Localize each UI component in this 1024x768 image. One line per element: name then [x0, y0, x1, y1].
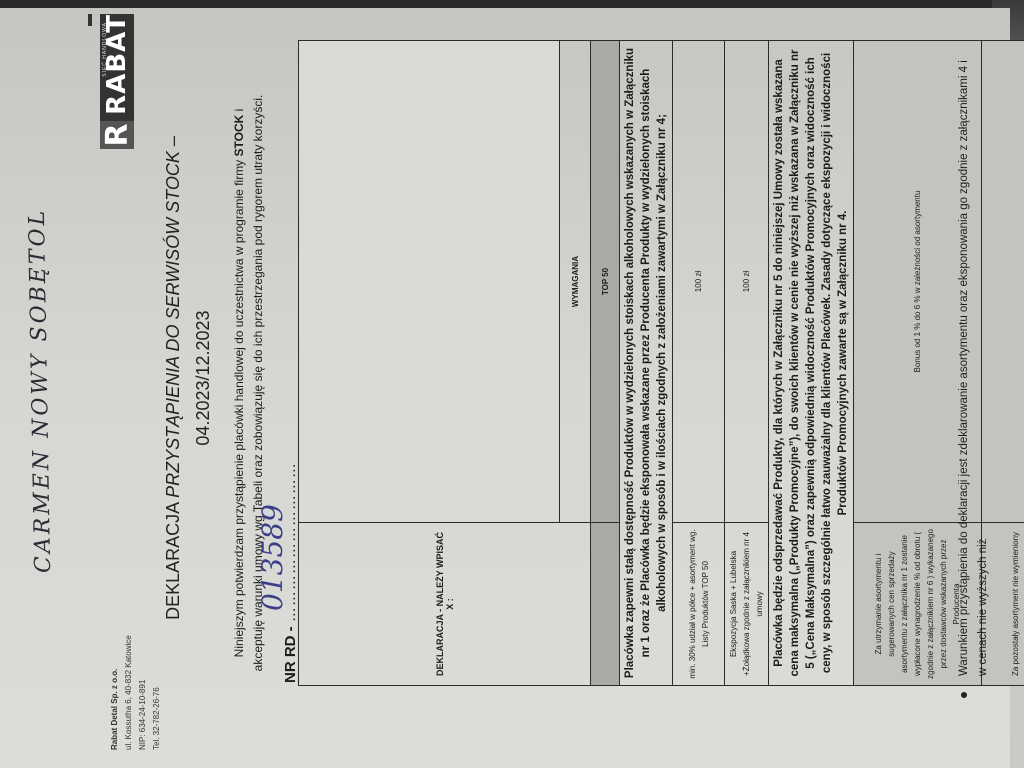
top50-value-2: 100 zł — [725, 41, 769, 523]
company-info: Rabat Detal Sp. z o.o. ul. Kossutha 6, 4… — [108, 635, 164, 750]
intro-text-1: Niniejszym potwierdzam przystąpienie pla… — [232, 156, 246, 657]
title-italic: PRZYSTĄPIENIA DO SERWISÓW STOCK — [163, 151, 183, 498]
logo-letter: R — [100, 121, 134, 149]
declaration-mark-cell[interactable] — [299, 41, 560, 523]
document-title: DEKLARACJA PRZYSTĄPIENIA DO SERWISÓW STO… — [158, 118, 218, 638]
company-address: ul. Kossutha 6, 40-832 Katowice — [122, 635, 136, 750]
declaration-header: DEKLARACJA - NALEŻY WPISAĆ X : — [299, 523, 591, 686]
top50-section-header: TOP 50 — [591, 41, 620, 523]
top50-left-cell — [591, 523, 620, 686]
footer-bullet-text: Warunkiem przystąpienia do deklaracji je… — [958, 60, 989, 676]
top50-value-1: 100 zł — [673, 41, 725, 523]
company-nip: NIP: 634-24-10-891 — [136, 635, 150, 750]
top50-requirement-1: min. 30% udział w półce + asortyment wg.… — [673, 523, 725, 686]
footer-bullet: Warunkiem przystąpienia do deklaracji je… — [955, 56, 993, 676]
top50-requirement-2: Ekspozycja Saska + Lubelska +Żołądkowa z… — [725, 523, 769, 686]
company-phone: Tel. 32-782-26-76 — [150, 635, 164, 750]
declaration-table: DEKLARACJA - NALEŻY WPISAĆ X : WYMAGANIA… — [298, 40, 1024, 686]
intro-bold: STOCK — [232, 115, 246, 157]
promo-description: Placówka będzie odsprzedawać Produkty, d… — [769, 41, 854, 686]
document-page: CARMEN NOWY SOBĘTOL Rabat Detal Sp. z o.… — [0, 8, 1010, 768]
requirements-header: WYMAGANIA — [560, 41, 591, 523]
logo-accent — [88, 14, 92, 26]
nr-rd-field: NR RD - ………………………… 013589 — [282, 462, 299, 683]
handwritten-note: CARMEN NOWY SOBĘTOL — [25, 208, 56, 574]
title-prefix: DEKLARACJA — [163, 498, 183, 620]
nr-rd-label: NR RD - — [282, 622, 299, 683]
rabat-logo: R RABAT SIEĆ HANDLOWA — [100, 14, 134, 149]
top50-description: Placówka zapewni stałą dostępność Produk… — [620, 41, 673, 686]
bullet-icon — [961, 692, 967, 698]
company-name: Rabat Detal Sp. z o.o. — [110, 669, 119, 750]
title-suffix: – — [163, 136, 183, 151]
nr-rd-handwritten: 013589 — [256, 504, 289, 611]
logo-subtitle: SIEĆ HANDLOWA — [102, 22, 108, 77]
title-period: 04.2023/12.2023 — [188, 118, 218, 638]
